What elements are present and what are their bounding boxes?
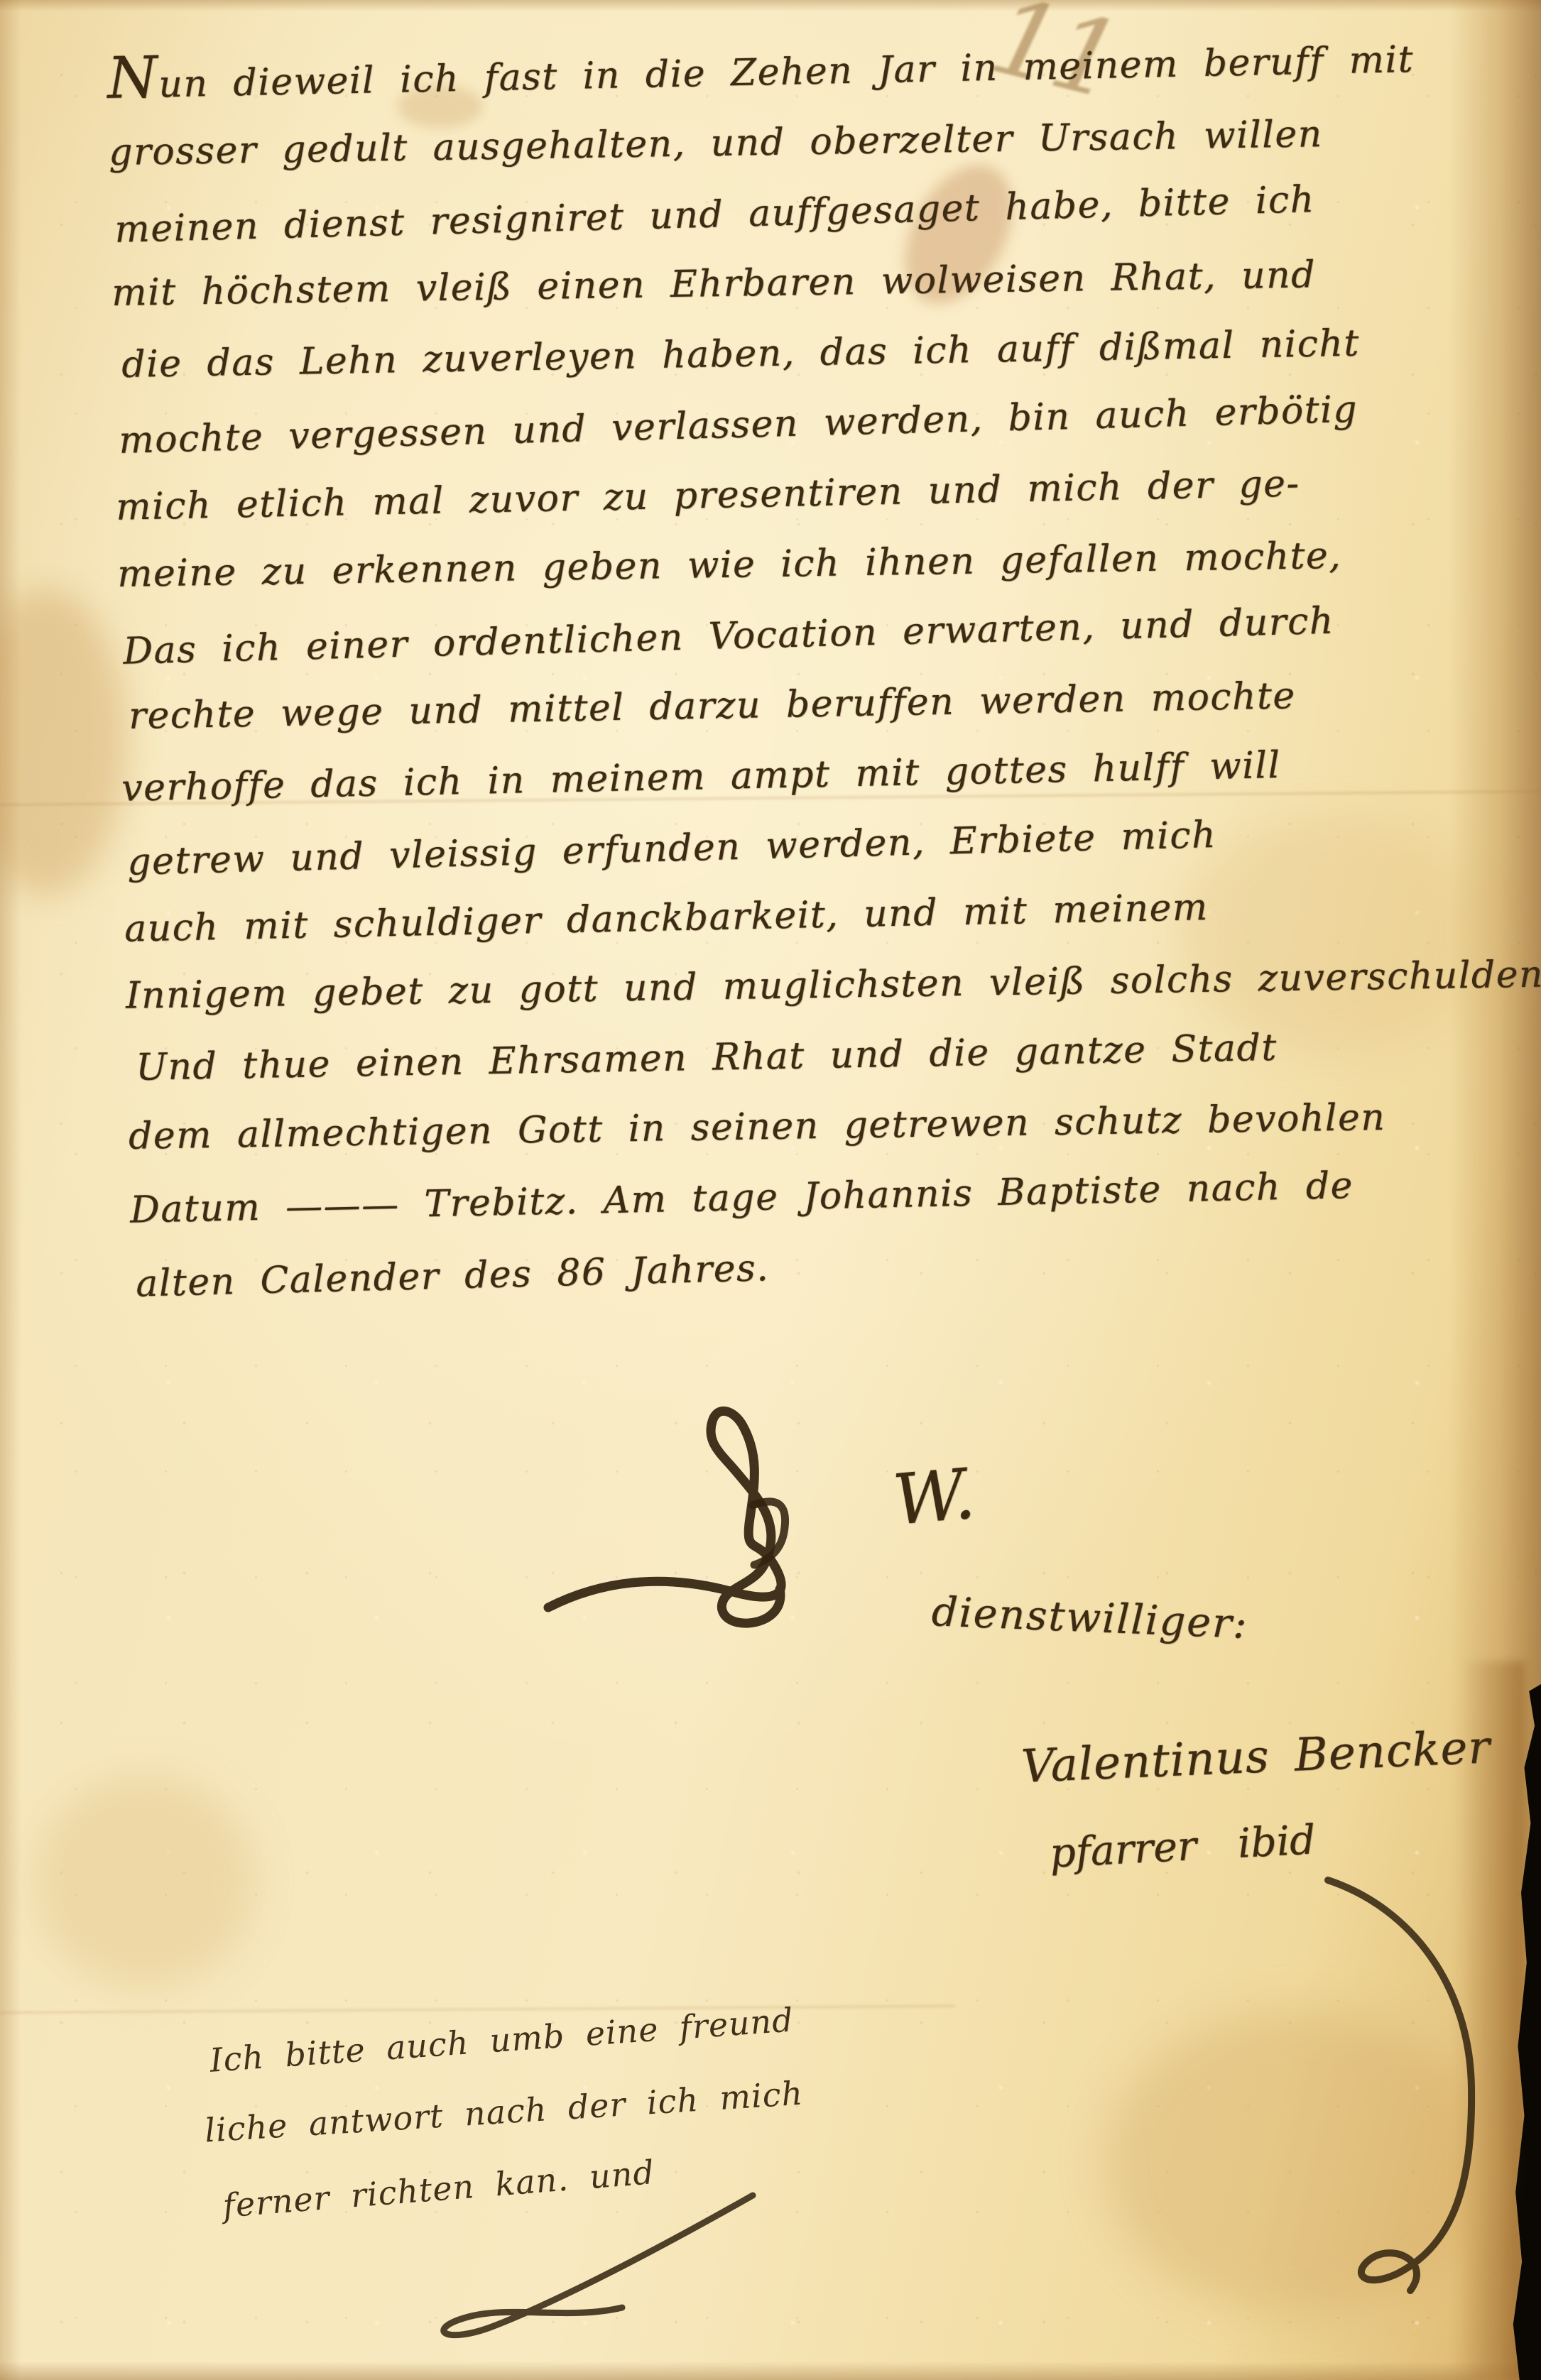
valediction-initial: W. [890, 1453, 978, 1541]
paper-stain [0, 589, 128, 895]
signature-flourish-icon [1179, 1867, 1534, 2336]
closing-flourish-icon [540, 1386, 881, 1656]
page-edge-top [0, 0, 1541, 11]
signature-name: Valentinus Bencker [1020, 1721, 1492, 1794]
valediction-text: dienstwilliger: [931, 1588, 1249, 1648]
letter-body: Nun dieweil ich fast in die Zehen Jar in… [107, 16, 1541, 1316]
postscript-flourish-icon [398, 2187, 781, 2364]
page-edge-left [0, 0, 21, 2380]
paper-stain [36, 1775, 256, 1988]
manuscript-page: 11 Nun dieweil ich fast in die Zehen Jar… [0, 0, 1541, 2380]
